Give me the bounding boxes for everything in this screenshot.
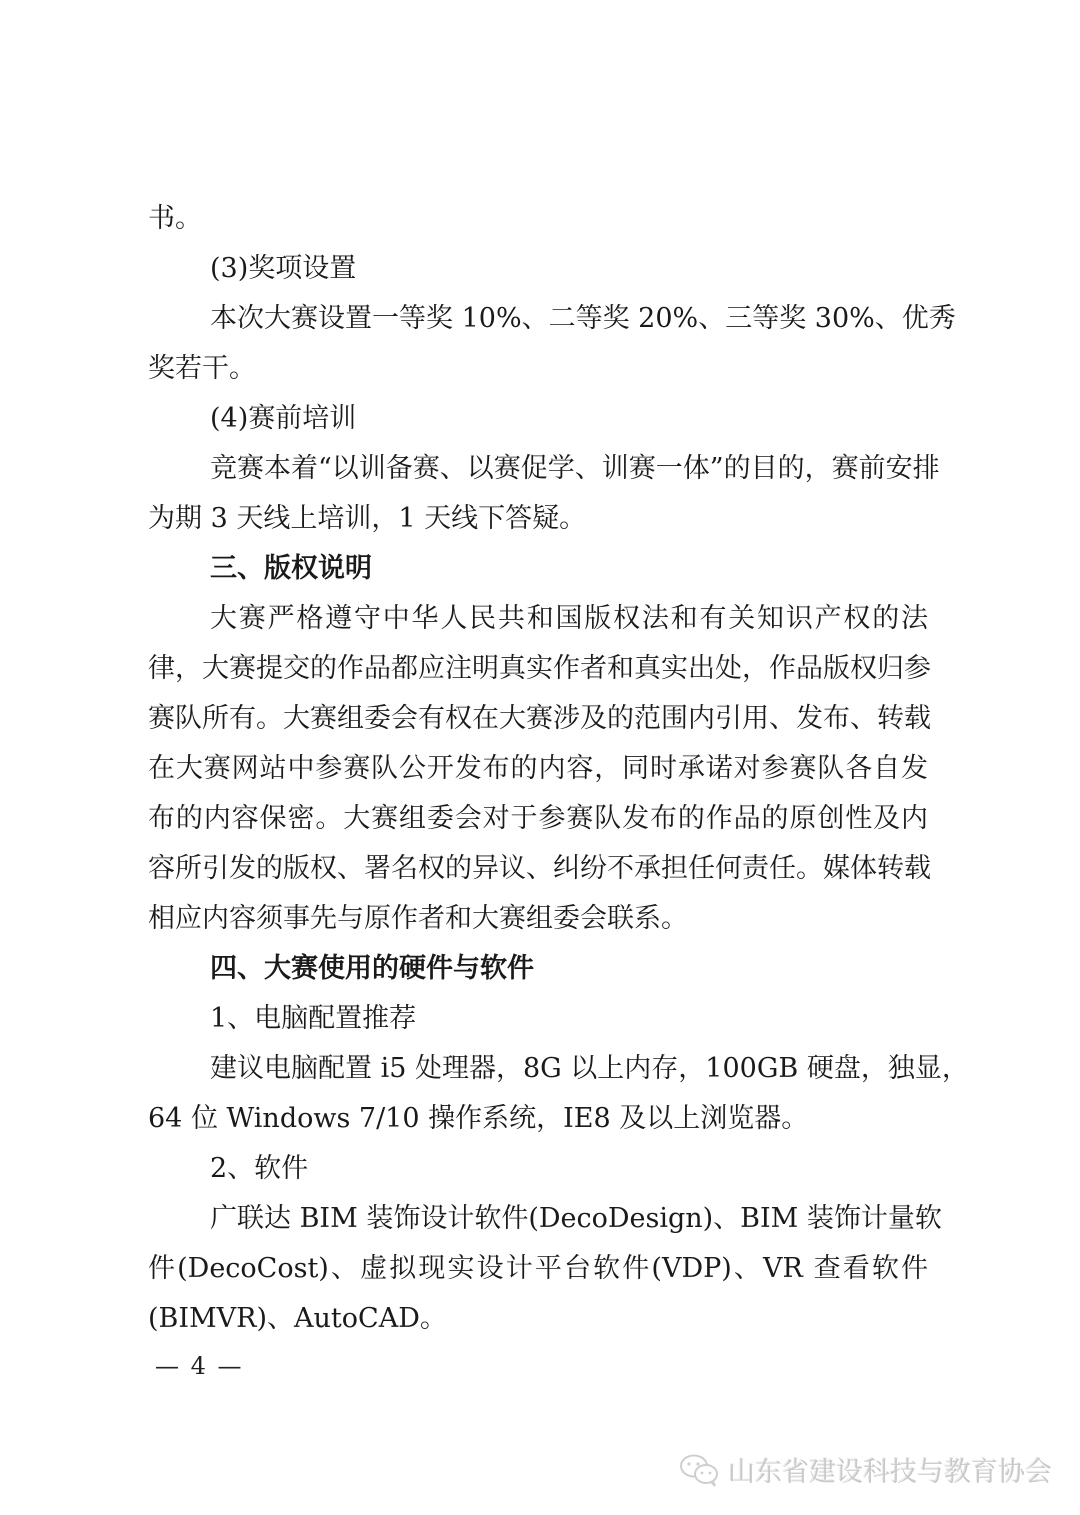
wechat-icon: [678, 1452, 722, 1488]
section-heading: 四、大赛使用的硬件与软件: [210, 952, 534, 986]
text-line: 在大赛网站中参赛队公开发布的内容，同时承诺对参赛队各自发: [148, 752, 928, 786]
text-line: 容所引发的版权、署名权的异议、纠纷不承担任何责任。媒体转载: [148, 852, 928, 886]
text-line: 律，大赛提交的作品都应注明真实作者和真实出处，作品版权归参: [148, 652, 928, 686]
text-line: (BIMVR)、AutoCAD。: [148, 1302, 447, 1336]
section-heading: 三、版权说明: [210, 552, 372, 586]
text-line: 建议电脑配置 i5 处理器，8G 以上内存，100GB 硬盘，独显，: [210, 1052, 928, 1086]
text-line: 64 位 Windows 7/10 操作系统，IE8 及以上浏览器。: [148, 1102, 808, 1136]
text-line: 2、软件: [210, 1152, 308, 1186]
text-line: 书。: [148, 202, 202, 236]
text-line: 件(DecoCost)、虚拟现实设计平台软件(VDP)、VR 查看软件: [148, 1252, 928, 1286]
text-line: (3)奖项设置: [210, 252, 356, 286]
text-line: 本次大赛设置一等奖 10%、二等奖 20%、三等奖 30%、优秀: [210, 302, 928, 336]
text-line: 布的内容保密。大赛组委会对于参赛队发布的作品的原创性及内: [148, 802, 928, 836]
text-line: 大赛严格遵守中华人民共和国版权法和有关知识产权的法: [210, 602, 928, 636]
text-line: 广联达 BIM 装饰设计软件(DecoDesign)、BIM 装饰计量软: [210, 1202, 928, 1236]
text-line: 相应内容须事先与原作者和大赛组委会联系。: [148, 902, 688, 936]
watermark: 山东省建设科技与教育协会: [678, 1450, 1052, 1489]
text-line: 奖若干。: [148, 352, 256, 386]
text-line: 为期 3 天线上培训，1 天线下答疑。: [148, 502, 586, 536]
watermark-text: 山东省建设科技与教育协会: [728, 1450, 1052, 1489]
page-number: — 4 —: [155, 1352, 244, 1380]
text-line: (4)赛前培训: [210, 402, 356, 436]
text-line: 竞赛本着“以训备赛、以赛促学、训赛一体”的目的，赛前安排: [210, 452, 928, 486]
text-line: 1、电脑配置推荐: [210, 1002, 416, 1036]
text-line: 赛队所有。大赛组委会有权在大赛涉及的范围内引用、发布、转载: [148, 702, 928, 736]
